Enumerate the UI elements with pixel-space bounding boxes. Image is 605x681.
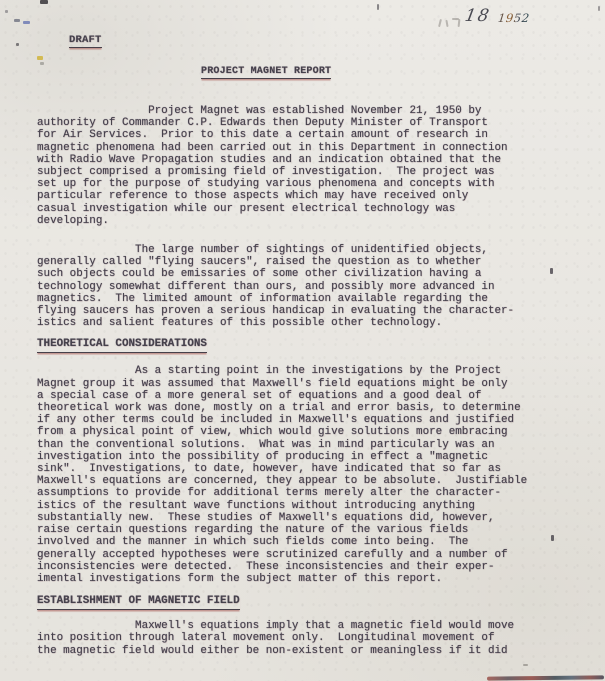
paragraph: The large number of sightings of unident… — [37, 244, 597, 329]
date-stamp: 18 1952 — [437, 8, 547, 34]
draft-label: DRAFT — [69, 34, 102, 48]
section-heading: THEORETICAL CONSIDERATIONS — [37, 338, 597, 353]
section-heading-text: ESTABLISHMENT OF MAGNETIC FIELD — [37, 595, 240, 610]
faint-month-mark — [437, 18, 463, 28]
scan-speck — [37, 56, 43, 60]
scan-speck — [598, 6, 600, 11]
paragraph: Project Magnet was established November … — [37, 105, 597, 227]
section-heading: ESTABLISHMENT OF MAGNETIC FIELD — [37, 595, 597, 610]
scan-speck — [40, 0, 48, 4]
scan-speck — [40, 62, 44, 65]
scan-speck — [16, 43, 19, 46]
bottom-edge-smear — [487, 675, 604, 680]
paragraph: As a starting point in the investigation… — [37, 365, 597, 585]
document-title-text: PROJECT MAGNET REPORT — [201, 66, 331, 79]
scan-speck — [550, 268, 553, 274]
scan-speck — [23, 21, 30, 24]
document-page: 18 1952 DRAFT PROJECT MAGNET REPORT Proj… — [0, 0, 605, 681]
stamp-day: 18 — [463, 6, 492, 26]
scan-speck — [5, 10, 8, 13]
paragraph: Maxwell's equations imply that a magneti… — [37, 620, 597, 657]
scan-speck — [551, 535, 554, 541]
scan-speck — [523, 664, 528, 666]
document-title: PROJECT MAGNET REPORT — [201, 66, 331, 79]
document-body: Project Magnet was established November … — [37, 105, 597, 657]
draft-label-text: DRAFT — [69, 34, 102, 48]
scan-speck — [14, 19, 20, 22]
scan-speck — [377, 4, 379, 10]
stamp-year: 1952 — [497, 11, 530, 25]
section-heading-text: THEORETICAL CONSIDERATIONS — [37, 338, 207, 353]
